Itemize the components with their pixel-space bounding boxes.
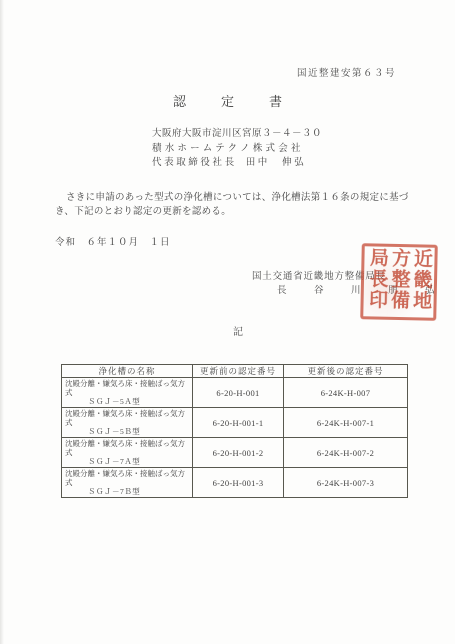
tank-model: ＳＧＪ－5Ａ型	[65, 397, 192, 406]
cert-number-after: 6-24K-H-007-2	[284, 438, 408, 468]
cert-number-before: 6-20-H-001-2	[193, 438, 284, 468]
body-paragraph: さきに申請のあった型式の浄化槽については、浄化槽法第１６条の規定に基づき、下記の…	[55, 192, 411, 219]
body-line-2: 下記のとおり認定の更新を認める。	[74, 207, 231, 217]
table-header-row: 浄化槽の名称 更新前の認定番号 更新後の認定番号	[62, 365, 408, 378]
tank-model: ＳＧＪ－7Ａ型	[65, 457, 192, 466]
table-row: 沈殿分離・嫌気ろ床・接触ばっ気方式ＳＧＪ－7Ａ型 6-20-H-001-2 6-…	[62, 438, 408, 468]
cert-number-before: 6-20-H-001	[193, 378, 284, 408]
certificate-document: 国近整建安第６３号 認 定 書 大阪府大阪市淀川区宮原３－４－３０ 積水ホームテ…	[0, 0, 455, 644]
column-header-before: 更新前の認定番号	[193, 365, 284, 378]
cert-number-before: 6-20-H-001-3	[193, 468, 284, 498]
certification-table: 浄化槽の名称 更新前の認定番号 更新後の認定番号 沈殿分離・嫌気ろ床・接触ばっ気…	[61, 364, 408, 498]
recipient-company: 積水ホームテクノ株式会社	[152, 142, 322, 157]
issue-date: 令和 ６年１０月 １日	[55, 234, 171, 248]
tank-model: ＳＧＪ－5Ｂ型	[65, 427, 192, 436]
column-header-after: 更新後の認定番号	[284, 365, 408, 378]
column-header-name: 浄化槽の名称	[62, 365, 193, 378]
tank-name: 沈殿分離・嫌気ろ床・接触ばっ気方式	[65, 379, 192, 397]
page-title: 認 定 書	[0, 91, 455, 110]
recipient-representative: 代表取締役社長田中 伸弘	[152, 156, 322, 171]
representative-name: 田中 伸弘	[246, 158, 307, 168]
cert-number-after: 6-24K-H-007	[284, 378, 408, 408]
seal-column-3: 局長印	[367, 247, 387, 315]
official-seal-stamp: 近畿地 方整備 局長印	[360, 243, 438, 321]
seal-column-2: 方整備	[389, 248, 409, 316]
cert-number-after: 6-24K-H-007-1	[284, 408, 408, 438]
recipient-address: 大阪府大阪市淀川区宮原３－４－３０	[152, 127, 322, 142]
table-row: 沈殿分離・嫌気ろ床・接触ばっ気方式ＳＧＪ－7Ｂ型 6-20-H-001-3 6-…	[62, 468, 408, 498]
cert-number-after: 6-24K-H-007-3	[284, 468, 408, 498]
tank-name: 沈殿分離・嫌気ろ床・接触ばっ気方式	[65, 409, 192, 427]
tank-name: 沈殿分離・嫌気ろ床・接触ばっ気方式	[65, 469, 192, 487]
document-number: 国近整建安第６３号	[297, 65, 396, 79]
table-row: 沈殿分離・嫌気ろ床・接触ばっ気方式ＳＧＪ－5Ａ型 6-20-H-001 6-24…	[62, 378, 408, 408]
seal-column-1: 近畿地	[411, 248, 431, 316]
tank-name: 沈殿分離・嫌気ろ床・接触ばっ気方式	[65, 439, 192, 457]
cert-number-before: 6-20-H-001-1	[193, 408, 284, 438]
tank-model: ＳＧＪ－7Ｂ型	[65, 487, 192, 496]
recipient-block: 大阪府大阪市淀川区宮原３－４－３０ 積水ホームテクノ株式会社 代表取締役社長田中…	[152, 127, 322, 171]
table-row: 沈殿分離・嫌気ろ床・接触ばっ気方式ＳＧＪ－5Ｂ型 6-20-H-001-1 6-…	[62, 408, 408, 438]
record-marker: 記	[233, 323, 243, 338]
representative-title: 代表取締役社長	[152, 158, 237, 168]
